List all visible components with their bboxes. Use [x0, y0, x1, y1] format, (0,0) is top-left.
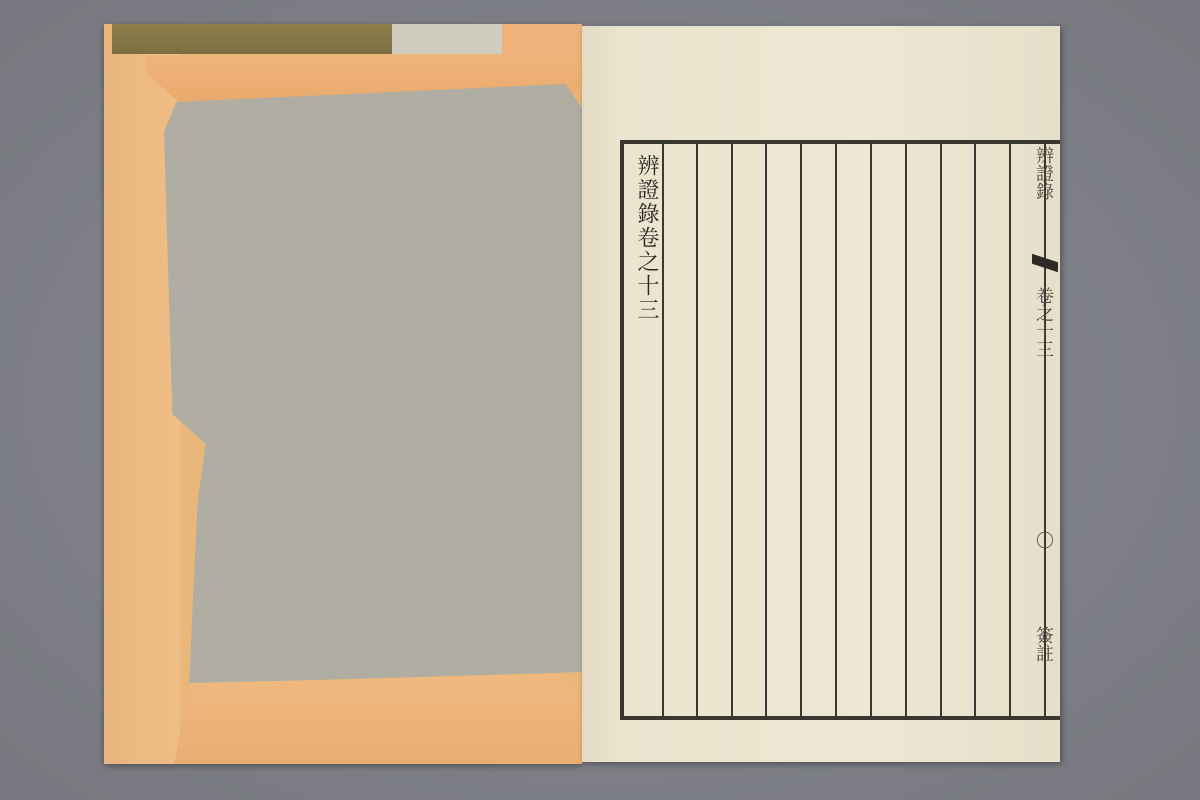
cover-strip-top-orange: [502, 24, 580, 58]
column-rule: [870, 144, 872, 716]
column-rule: [731, 144, 733, 716]
margin-label-circle: 〇: [1030, 531, 1056, 549]
margin-label-title: 辨證錄: [1030, 146, 1056, 200]
column-rule: [974, 144, 976, 716]
column-rule: [662, 144, 664, 716]
column-rule: [696, 144, 698, 716]
column-rule: [835, 144, 837, 716]
cover-strip-top-olive: [112, 24, 392, 54]
margin-label-bottom: 簽註: [1030, 626, 1056, 662]
endpaper-gray: [164, 84, 582, 684]
printed-frame: 辨證錄卷之十三: [620, 140, 1060, 720]
column-rule: [800, 144, 802, 716]
cover-turn-in-bottom: [174, 674, 582, 764]
column-rule: [905, 144, 907, 716]
cover-strip-top-gray: [392, 24, 502, 54]
left-page-inside-cover: [104, 24, 582, 764]
column-rule: [940, 144, 942, 716]
margin-label-volume: 卷之十三: [1030, 286, 1056, 358]
column-rule: [1009, 144, 1011, 716]
right-page-printed: 辨證錄卷之十三 辨證錄 卷之十三 〇 簽註: [582, 26, 1060, 762]
column-rule: [765, 144, 767, 716]
volume-title: 辨證錄卷之十三: [632, 154, 662, 322]
